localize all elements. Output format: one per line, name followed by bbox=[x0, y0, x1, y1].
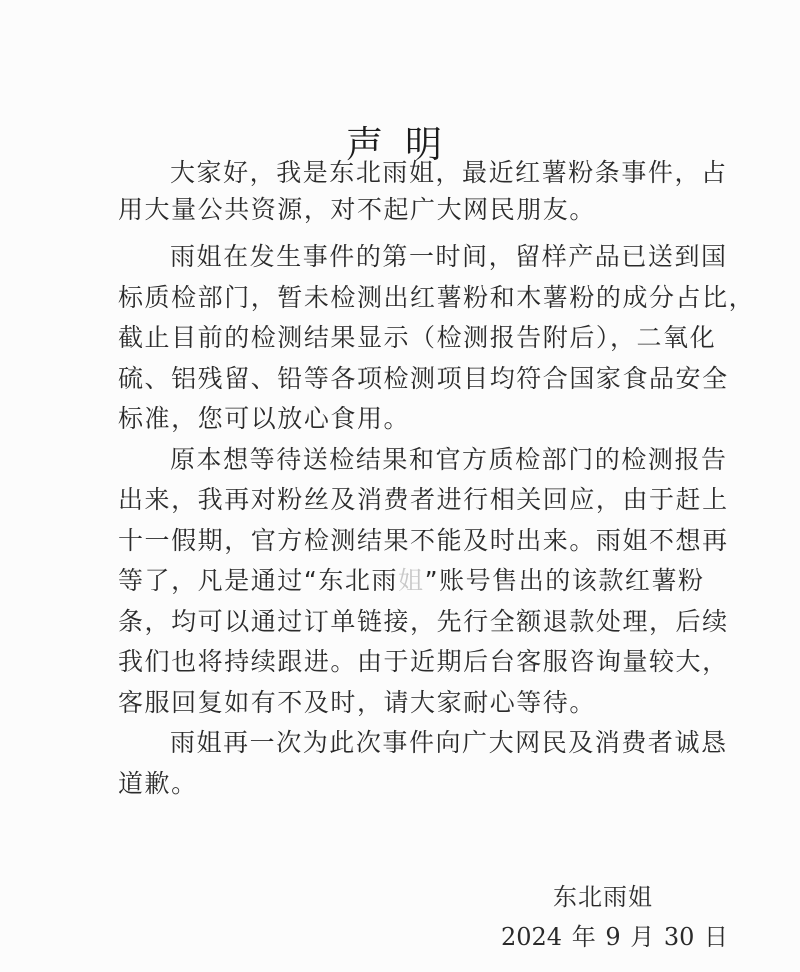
text-line: 客服回复如有不及时，请大家耐心等待。 bbox=[118, 683, 708, 724]
text-line: 十一假期，官方检测结果不能及时出来。雨姐不想再 bbox=[118, 521, 708, 562]
text-line: 出来，我再对粉丝及消费者进行相关回应，由于赶上 bbox=[118, 480, 708, 521]
text-line: 标质检部门，暂未检测出红薯粉和木薯粉的成分占比， bbox=[118, 278, 708, 319]
text-line: 道歉。 bbox=[118, 764, 708, 805]
text-line: 等了，凡是通过“东北雨姐”账号售出的该款红薯粉 bbox=[118, 561, 708, 602]
text-line: 大家好，我是东北雨姐，最近红薯粉条事件，占 bbox=[118, 154, 708, 191]
text-line: 雨姐在发生事件的第一时间，留样产品已送到国 bbox=[118, 237, 708, 278]
text-line: 标准，您可以放心食用。 bbox=[118, 399, 708, 440]
faded-character: 姐 bbox=[398, 566, 425, 595]
text-line: 用大量公共资源，对不起广大网民朋友。 bbox=[118, 191, 708, 228]
paragraph-refund: 原本想等待送检结果和官方质检部门的检测报告 出来，我再对粉丝及消费者进行相关回应… bbox=[118, 440, 708, 724]
paragraph-greeting: 大家好，我是东北雨姐，最近红薯粉条事件，占 用大量公共资源，对不起广大网民朋友。 bbox=[118, 154, 708, 228]
text-line: 雨姐再一次为此次事件向广大网民及消费者诚恳 bbox=[118, 723, 708, 764]
paragraph-testing: 雨姐在发生事件的第一时间，留样产品已送到国 标质检部门，暂未检测出红薯粉和木薯粉… bbox=[118, 237, 708, 440]
text-segment: ”账号售出的该款红薯粉 bbox=[425, 566, 705, 595]
text-line: 原本想等待送检结果和官方质检部门的检测报告 bbox=[118, 440, 708, 481]
text-line: 硫、铝残留、铅等各项检测项目均符合国家食品安全 bbox=[118, 359, 708, 400]
text-line: 条，均可以通过订单链接，先行全额退款处理，后续 bbox=[118, 602, 708, 643]
paragraph-apology: 雨姐再一次为此次事件向广大网民及消费者诚恳 道歉。 bbox=[118, 723, 708, 804]
signature-date: 2024 年 9 月 30 日 bbox=[501, 919, 728, 955]
text-segment: 等了，凡是通过“东北雨 bbox=[118, 566, 398, 595]
text-line: 截止目前的检测结果显示（检测报告附后），二氧化 bbox=[118, 318, 708, 359]
document-body: 大家好，我是东北雨姐，最近红薯粉条事件，占 用大量公共资源，对不起广大网民朋友。… bbox=[118, 154, 708, 804]
text-line: 我们也将持续跟进。由于近期后台客服咨询量较大， bbox=[118, 642, 708, 683]
signature: 东北雨姐 bbox=[553, 879, 653, 915]
